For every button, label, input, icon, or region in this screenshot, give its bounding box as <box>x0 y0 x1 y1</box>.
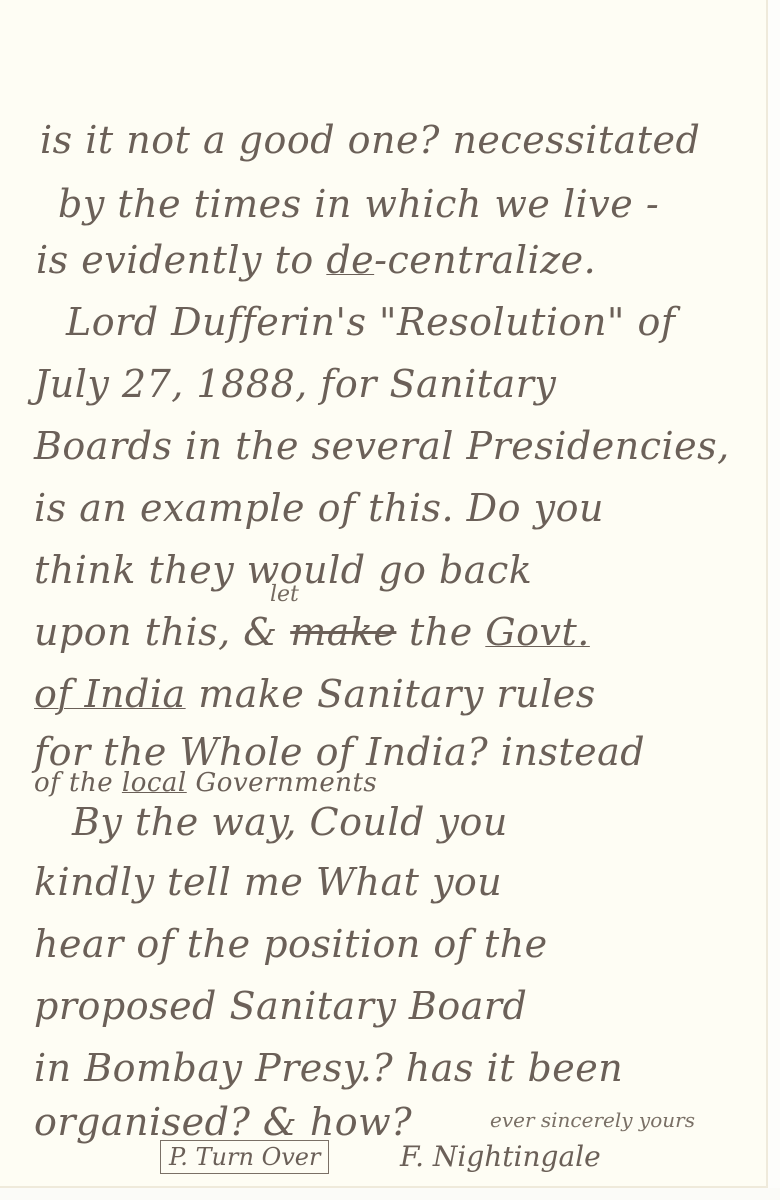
letter-line-3: is evidently to de-centralize. is eviden… <box>36 238 596 282</box>
letter-line-9: upon this, & make the Govt. <box>34 610 590 654</box>
scan-margin-bottom <box>0 1188 780 1200</box>
letter-line-12: of the local Governments <box>34 768 377 798</box>
letter-line-14: kindly tell me What you <box>34 860 502 904</box>
letter-line-4: Lord Dufferin's "Resolution" of <box>66 300 675 344</box>
line-10-rest: make Sanitary rules <box>186 672 596 716</box>
letter-line-17: in Bombay Presy.? has it been <box>34 1046 623 1090</box>
closing-salutation: ever sincerely yours <box>490 1108 695 1132</box>
line-12-lead: of the <box>34 768 122 798</box>
line-3-lead: is evidently to <box>36 238 326 282</box>
de-prefix-underlined: de <box>326 238 374 282</box>
letter-line-18: organised? & how? <box>34 1100 412 1144</box>
struck-word-make: make <box>290 610 396 654</box>
govt-abbrev: Govt. <box>485 610 590 654</box>
letter-page: is it not a good one? necessitated by th… <box>0 0 768 1188</box>
letter-line-6: Boards in the several Presidencies, <box>34 424 730 468</box>
letter-line-5: July 27, 1888, for Sanitary <box>34 362 556 406</box>
of-india-underlined: of India <box>34 672 186 716</box>
letter-line-15: hear of the position of the <box>34 922 548 966</box>
inserted-word-let: let <box>270 582 299 607</box>
letter-line-2: by the times in which we live - <box>58 182 659 226</box>
letter-line-16: proposed Sanitary Board <box>34 984 527 1028</box>
local-underlined: local <box>122 768 187 798</box>
line-9-the: the <box>396 610 485 654</box>
letter-line-13: By the way, Could you <box>72 800 508 844</box>
scan-margin-right <box>768 0 780 1200</box>
line-12-rest: Governments <box>187 768 378 798</box>
signature: F. Nightingale <box>400 1140 601 1173</box>
letter-line-10: of India make Sanitary rules <box>34 672 596 716</box>
ps-turn-over-note: P. Turn Over <box>160 1140 329 1174</box>
centralize-text: -centralize. <box>374 238 596 282</box>
letter-line-7: is an example of this. Do you <box>34 486 604 530</box>
letter-line-1: is it not a good one? necessitated <box>40 118 700 162</box>
line-9-lead: upon this, & <box>34 610 290 654</box>
